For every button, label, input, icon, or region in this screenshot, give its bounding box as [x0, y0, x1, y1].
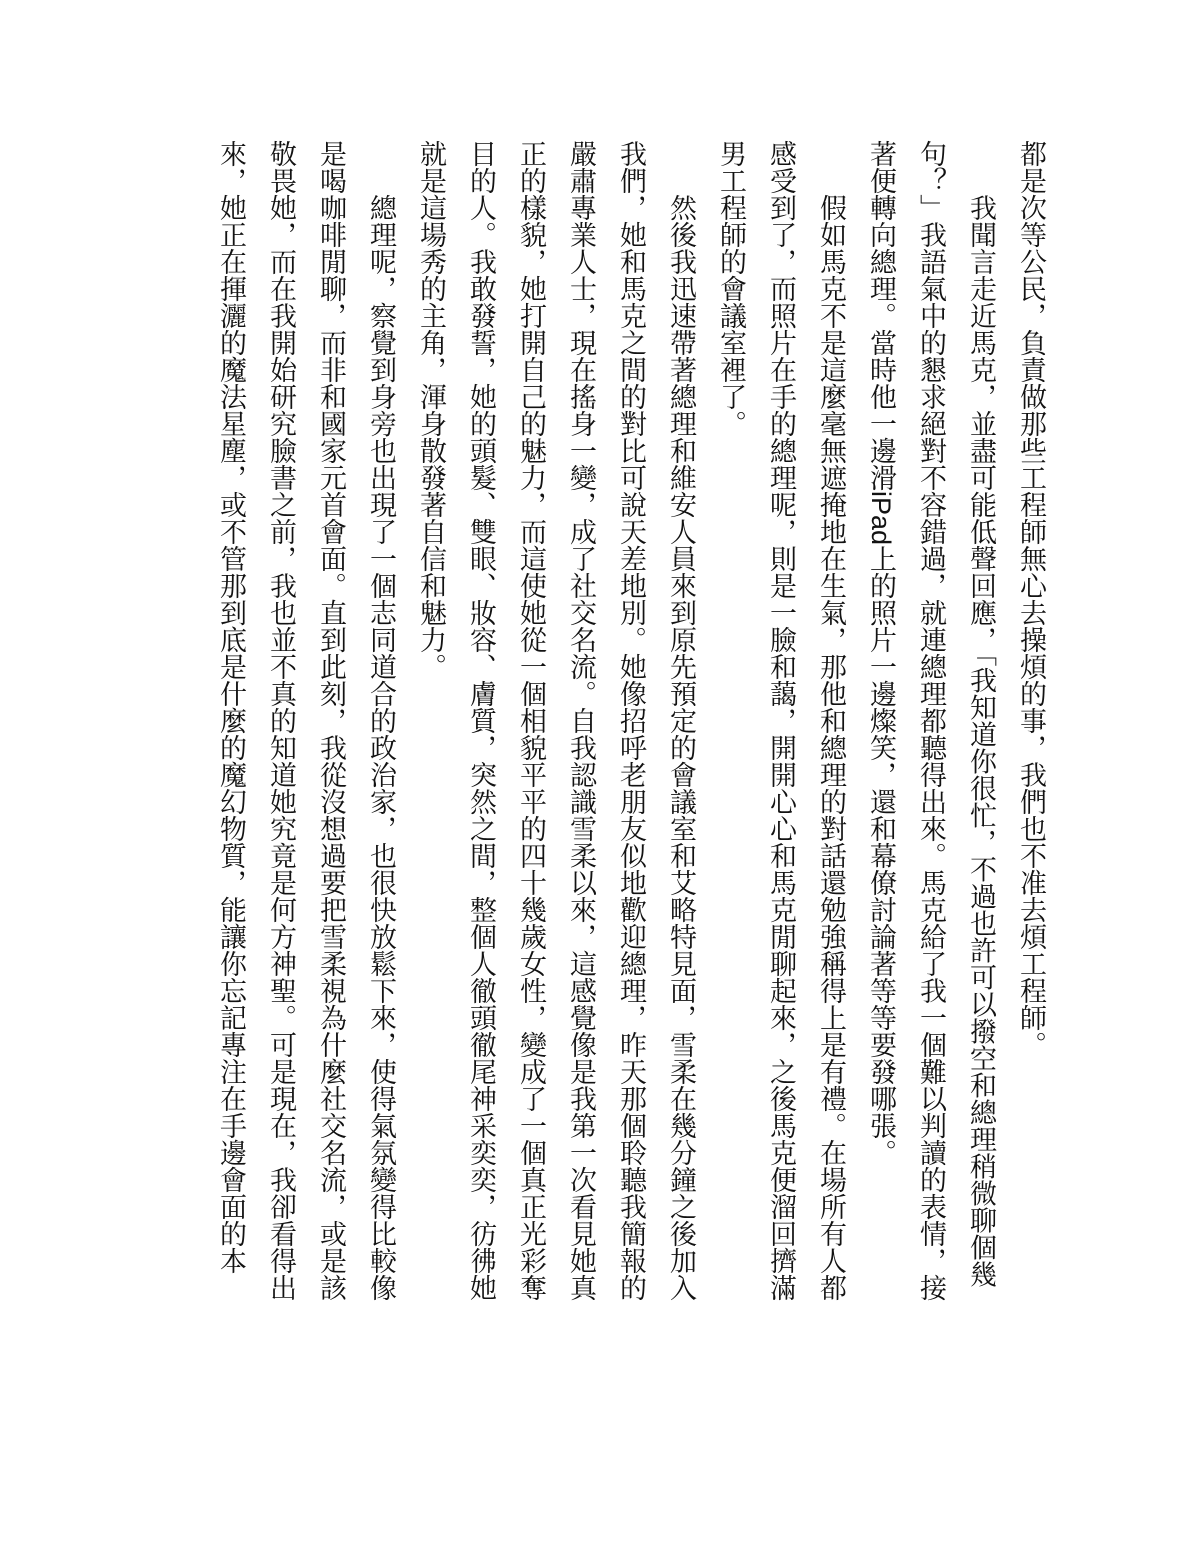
book-page: 都是次等公民，負責做那些工程師無心去操煩的事，我們也不准去煩工程師。 我聞言走近…: [0, 0, 1200, 1552]
paragraph-1: 都是次等公民，負責做那些工程師無心去操煩的事，我們也不准去煩工程師。: [1006, 140, 1056, 1306]
paragraph-4: 然後我迅速帶著總理和維安人員來到原先預定的會議室和艾略特見面，雪柔在幾分鐘之後加…: [406, 140, 706, 1306]
vertical-text-block: 都是次等公民，負責做那些工程師無心去操煩的事，我們也不准去煩工程師。 我聞言走近…: [156, 140, 1056, 1306]
paragraph-5: 總理呢，察覺到身旁也出現了一個志同道合的政治家，也很快放鬆下來，使得氣氛變得比較…: [206, 140, 406, 1306]
paragraph-3: 假如馬克不是這麼毫無遮掩地在生氣，那他和總理的對話還勉強稱得上是有禮。在場所有人…: [706, 140, 856, 1306]
paragraph-2: 我聞言走近馬克，並盡可能低聲回應，「我知道你很忙，不過也許可以撥空和總理稍微聊個…: [856, 140, 1006, 1306]
